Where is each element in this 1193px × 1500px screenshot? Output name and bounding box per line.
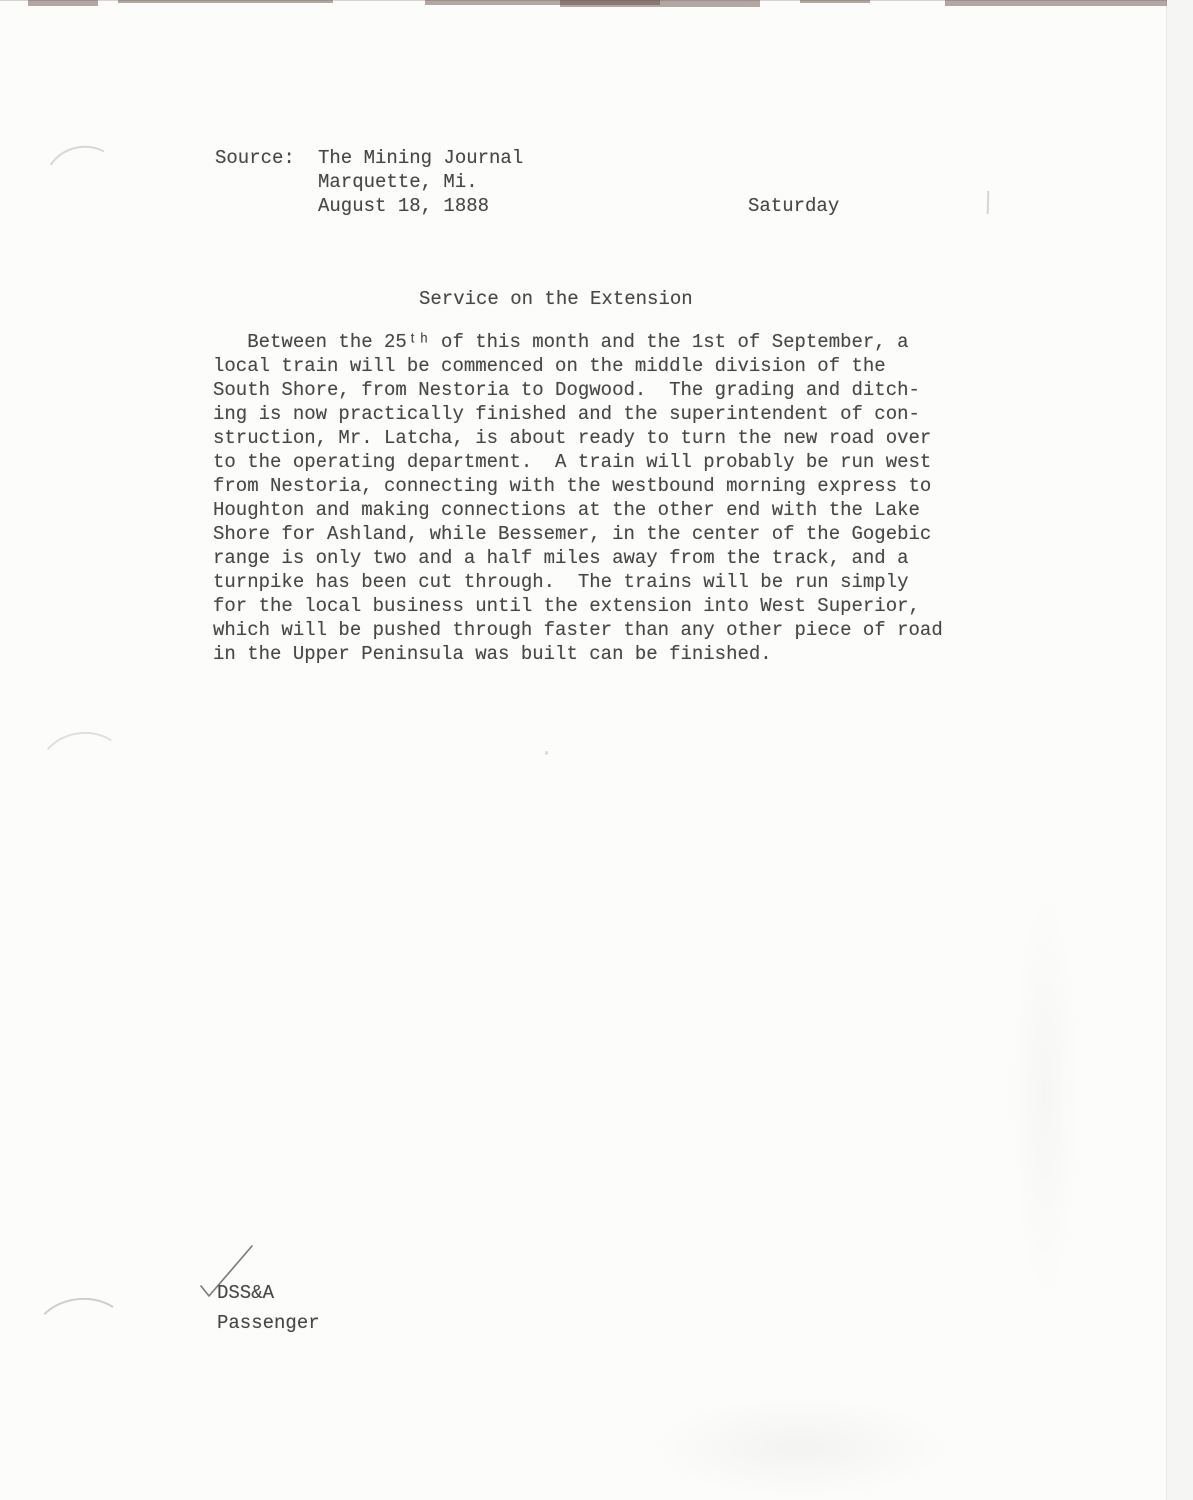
scan-smudge	[1010, 880, 1080, 1310]
body-line: to the operating department. A train wil…	[213, 450, 943, 474]
source-lines: The Mining Journal Marquette, Mi. August…	[318, 146, 523, 218]
document-title: Service on the Extension	[419, 287, 693, 311]
body-line: South Shore, from Nestoria to Dogwood. T…	[213, 378, 943, 402]
right-edge-strip	[1167, 0, 1193, 1500]
body-line: turnpike has been cut through. The train…	[213, 570, 943, 594]
body-line: Houghton and making connections at the o…	[213, 498, 943, 522]
body-line: ing is now practically finished and the …	[213, 402, 943, 426]
body-line: which will be pushed through faster than…	[213, 618, 943, 642]
punch-hole-shadow-bottom	[31, 1293, 132, 1372]
pen-mark	[987, 191, 990, 214]
scan-edge-segment	[800, 0, 870, 3]
source-label: Source:	[215, 146, 295, 170]
source-line: Marquette, Mi.	[318, 170, 523, 194]
punch-hole-shadow-top	[37, 138, 130, 225]
dateline-day: Saturday	[748, 194, 839, 218]
body-line: from Nestoria, connecting with the westb…	[213, 474, 943, 498]
scanned-document-page: Source: The Mining Journal Marquette, Mi…	[0, 0, 1193, 1500]
punch-hole-shadow-middle	[33, 726, 133, 814]
scan-edge-segment	[28, 0, 98, 6]
body-line: local train will be commenced on the mid…	[213, 354, 943, 378]
source-line: The Mining Journal	[318, 146, 523, 170]
scan-edge-segment	[118, 0, 333, 3]
paper-speck	[545, 751, 548, 755]
scan-smudge	[650, 1395, 950, 1500]
body-line: struction, Mr. Latcha, is about ready to…	[213, 426, 943, 450]
footer-line-subject: DSS&A	[217, 1281, 274, 1305]
scan-edge-segment	[945, 0, 1193, 6]
body-line: in the Upper Peninsula was built can be …	[213, 642, 943, 666]
scan-edge-segment	[560, 0, 760, 7]
body-line: for the local business until the extensi…	[213, 594, 943, 618]
body-line: Shore for Ashland, while Bessemer, in th…	[213, 522, 943, 546]
source-line: August 18, 1888	[318, 194, 523, 218]
footer-line-category: Passenger	[217, 1311, 320, 1335]
document-body: Between the 25ᵗʰ of this month and the 1…	[213, 330, 943, 666]
body-line: range is only two and a half miles away …	[213, 546, 943, 570]
body-line: Between the 25ᵗʰ of this month and the 1…	[213, 330, 943, 354]
